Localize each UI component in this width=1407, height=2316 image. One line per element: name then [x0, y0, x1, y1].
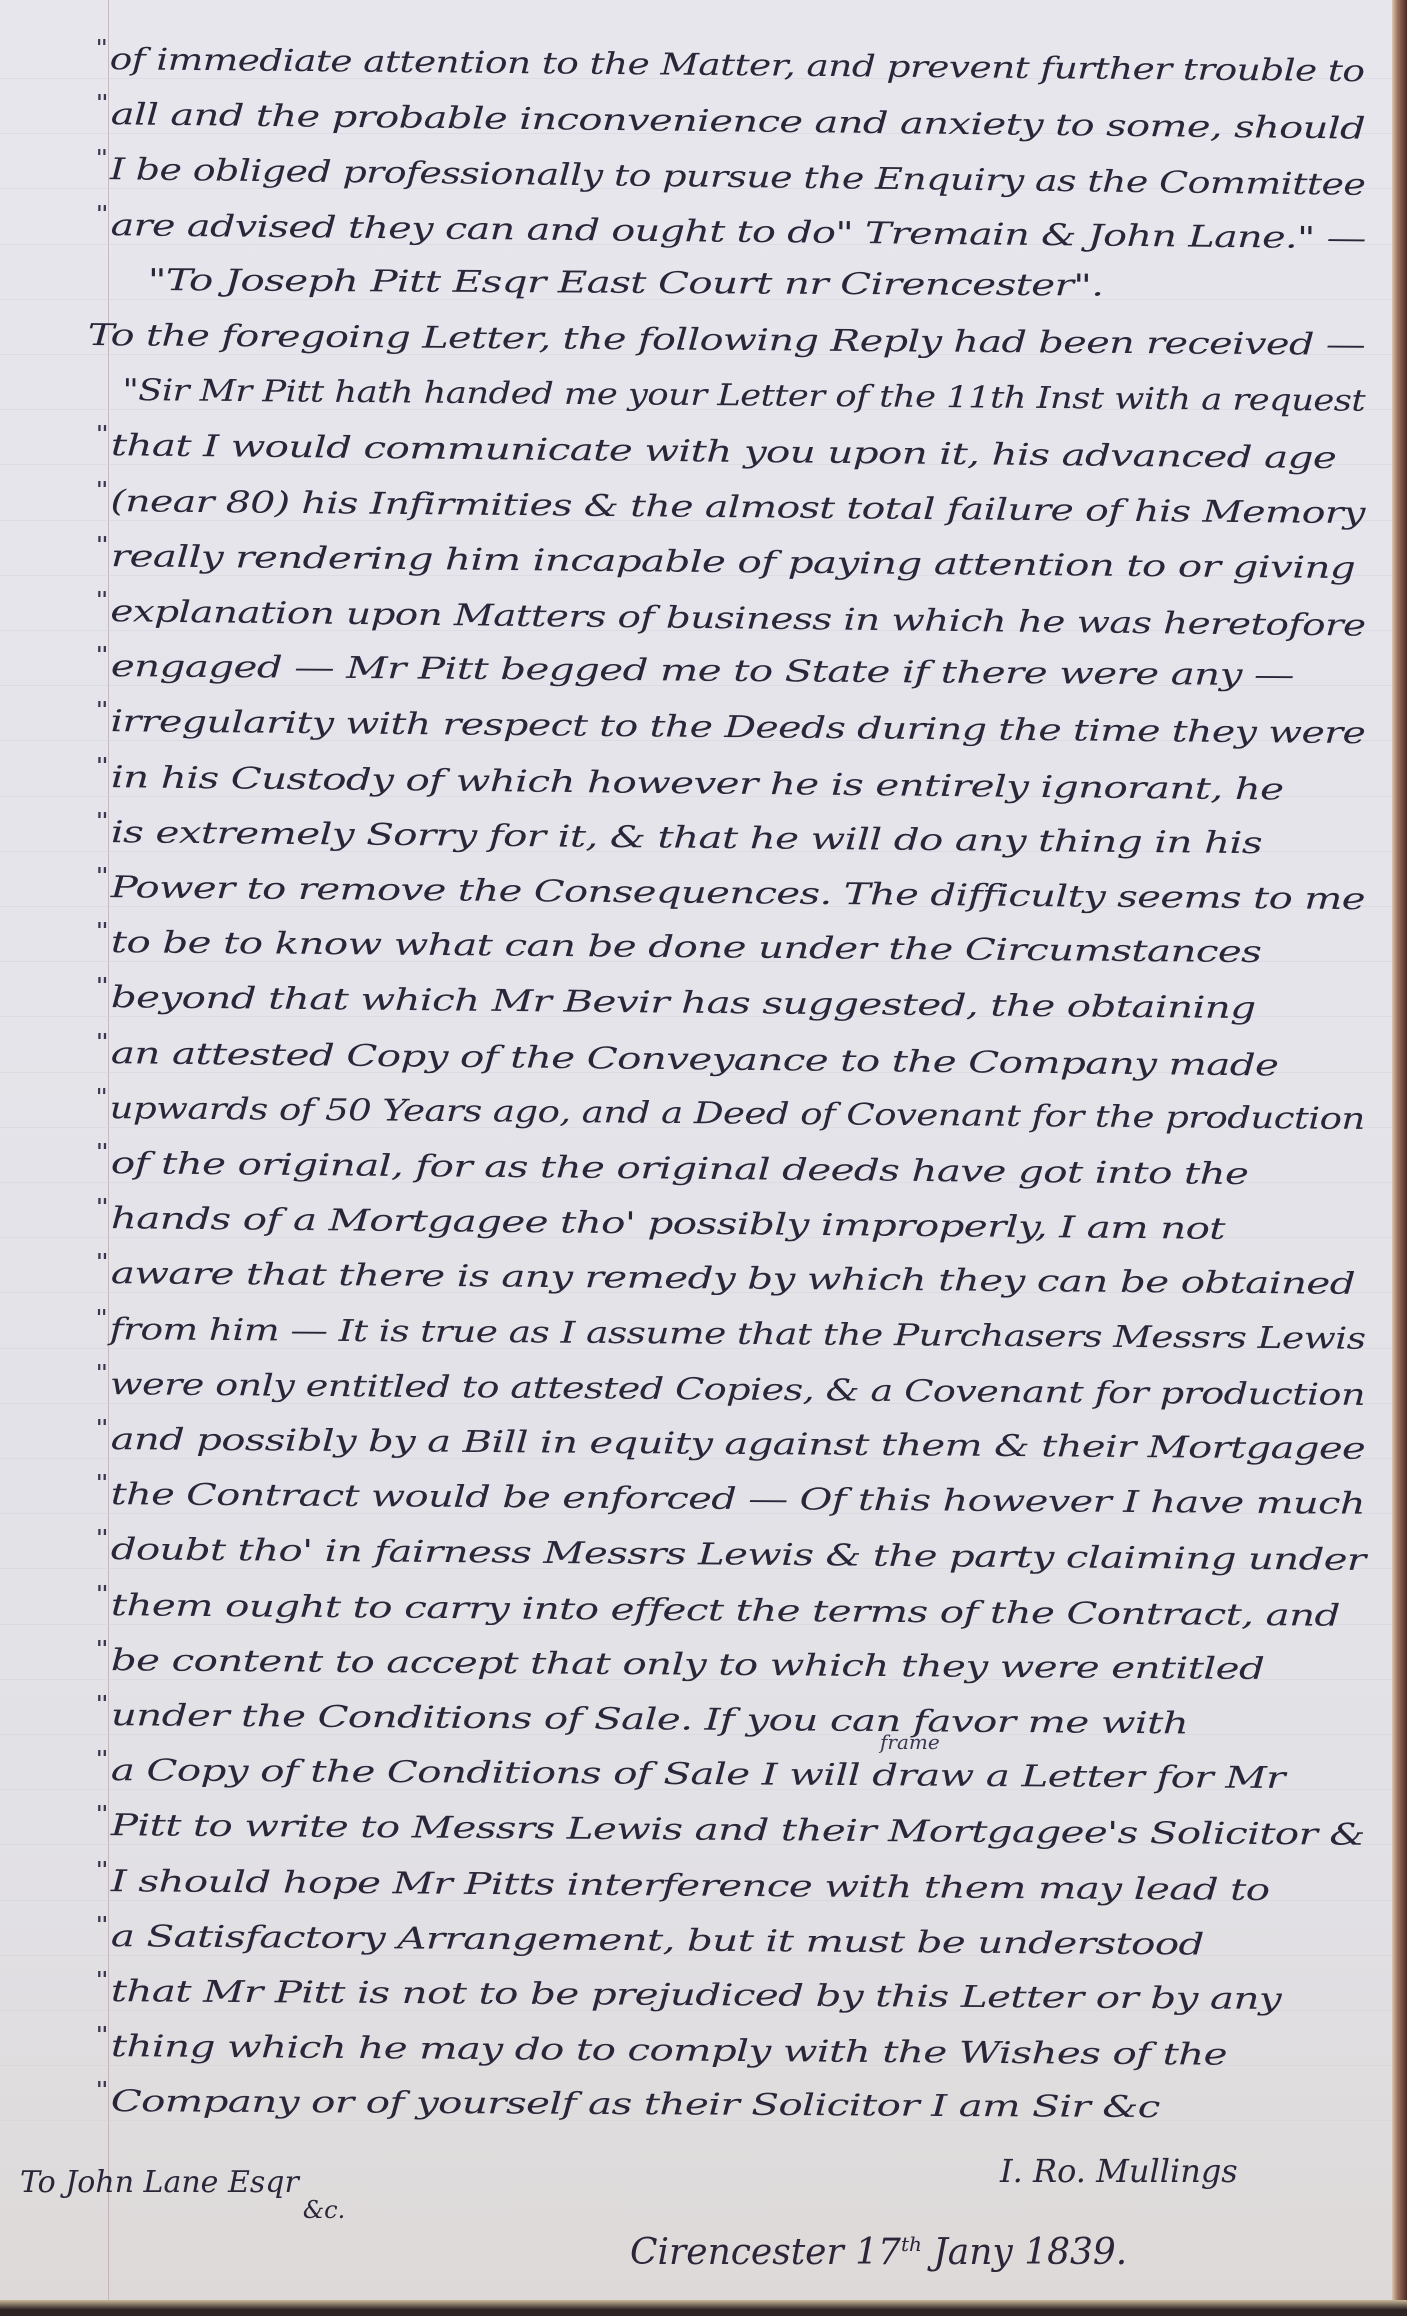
manuscript-line: "be content to accept that only to which…	[95, 1637, 1264, 1687]
date-day-suffix: th	[901, 2232, 922, 2256]
ditto-mark: "	[95, 1582, 108, 1607]
ditto-mark: "	[95, 36, 107, 61]
ditto-mark: "	[95, 1692, 108, 1717]
line-text: really rendering him incapable of paying…	[111, 539, 1356, 586]
ditto-mark: "	[95, 2023, 108, 2048]
ditto-mark: "	[95, 1361, 107, 1386]
manuscript-page: "of immediate attention to the Matter, a…	[0, 0, 1392, 2300]
manuscript-line: "I be obliged professionally to pursue t…	[95, 146, 1365, 203]
manuscript-line: To the foregoing Letter, the following R…	[85, 312, 1365, 363]
line-text: aware that there is any remedy by which …	[111, 1257, 1355, 1303]
line-text: I be obliged professionally to pursue th…	[110, 153, 1366, 204]
ditto-mark: "	[95, 809, 108, 834]
place-date: Cirencester 17th Jany 1839.	[630, 2232, 1127, 2273]
line-text: be content to accept that only to which …	[111, 1643, 1265, 1687]
ditto-mark: "	[95, 1306, 107, 1331]
manuscript-line: "hands of a Mortgagee tho' possibly impr…	[95, 1195, 1225, 1247]
line-text: were only entitled to attested Copies, &…	[110, 1367, 1365, 1413]
place: Cirencester	[630, 2232, 844, 2273]
line-text: upwards of 50 Years ago, and a Deed of C…	[109, 1091, 1364, 1137]
ditto-mark: "	[95, 91, 108, 116]
ditto-mark: "	[95, 1747, 108, 1772]
manuscript-line: "is extremely Sorry for it, & that he wi…	[95, 809, 1262, 861]
line-text: beyond that which Mr Bevir has suggested…	[111, 981, 1256, 1027]
page-bottom-edge	[0, 2300, 1407, 2316]
line-text: to be to know what can be done under the…	[111, 925, 1262, 970]
manuscript-line: "are advised they can and ought to do" T…	[95, 202, 1366, 256]
date-day: 17	[855, 2232, 901, 2273]
recipient-suffix: &c.	[303, 2196, 345, 2224]
ditto-mark: "	[95, 202, 108, 227]
manuscript-line: "from him — It is true as I assume that …	[95, 1306, 1366, 1357]
line-text: "Sir Mr Pitt hath handed me your Letter …	[122, 373, 1365, 419]
ditto-mark: "	[95, 588, 108, 613]
line-text: I should hope Mr Pitts interference with…	[111, 1864, 1270, 1908]
line-text: an attested Copy of the Conveyance to th…	[111, 1036, 1279, 1083]
manuscript-line: "Pitt to write to Messrs Lewis and their…	[95, 1802, 1365, 1853]
line-text: Pitt to write to Messrs Lewis and their …	[111, 1809, 1365, 1854]
ditto-mark: "	[95, 1802, 108, 1827]
ditto-mark: "	[95, 478, 108, 503]
manuscript-line: "beyond that which Mr Bevir has suggeste…	[95, 974, 1256, 1026]
ditto-mark: "	[95, 1030, 108, 1055]
manuscript-line: "a Satisfactory Arrangement, but it must…	[95, 1913, 1204, 1963]
ditto-mark: "	[95, 1416, 108, 1441]
manuscript-line: "To Joseph Pitt Esqr East Court nr Ciren…	[145, 257, 1103, 304]
manuscript-line: "them ought to carry into effect the ter…	[95, 1582, 1340, 1634]
line-text: To the foregoing Letter, the following R…	[88, 318, 1365, 363]
line-text: of the original, for as the original dee…	[111, 1146, 1249, 1192]
manuscript-line: "I should hope Mr Pitts interference wit…	[95, 1858, 1270, 1908]
line-text: the Contract would be enforced — Of this…	[111, 1477, 1366, 1522]
line-text: and possibly by a Bill in equity against…	[111, 1422, 1366, 1467]
ditto-mark: "	[95, 974, 108, 999]
line-text: are advised they can and ought to do" Tr…	[110, 208, 1365, 256]
manuscript-line: "the Contract would be enforced — Of thi…	[95, 1471, 1365, 1522]
ditto-mark: "	[95, 1858, 108, 1883]
line-text: from him — It is true as I assume that t…	[110, 1312, 1366, 1357]
line-text: irregularity with respect to the Deeds d…	[110, 705, 1365, 752]
manuscript-line: "an attested Copy of the Conveyance to t…	[95, 1030, 1279, 1083]
ditto-mark: "	[95, 2078, 108, 2103]
date-rest: Jany 1839.	[933, 2232, 1127, 2273]
manuscript-line: "doubt tho' in fairness Messrs Lewis & t…	[95, 1526, 1366, 1578]
book-spine	[1392, 0, 1407, 2316]
recipient-line: To John Lane Esqr&c.	[20, 2165, 341, 2200]
manuscript-line: "upwards of 50 Years ago, and a Deed of …	[95, 1085, 1365, 1137]
manuscript-line: "and possibly by a Bill in equity agains…	[95, 1416, 1365, 1467]
manuscript-line: "Power to remove the Consequences. The d…	[95, 864, 1365, 917]
manuscript-line: "irregularity with respect to the Deeds …	[95, 698, 1365, 751]
ditto-mark: "	[95, 864, 108, 889]
line-text: hands of a Mortgagee tho' possibly impro…	[111, 1201, 1225, 1247]
manuscript-line: "Company or of yourself as their Solicit…	[95, 2078, 1160, 2125]
ditto-mark: "	[95, 146, 108, 171]
manuscript-line: "to be to know what can be done under th…	[95, 919, 1261, 970]
line-text: (near 80) his Infirmities & the almost t…	[110, 484, 1365, 531]
ditto-mark: "	[95, 1968, 108, 1993]
line-text: Company or of yourself as their Solicito…	[111, 2084, 1160, 2125]
ditto-mark: "	[95, 533, 108, 558]
line-text: "To Joseph Pitt Esqr East Court nr Ciren…	[148, 263, 1104, 304]
manuscript-line: "aware that there is any remedy by which…	[95, 1250, 1355, 1302]
line-text: engaged — Mr Pitt begged me to State if …	[111, 649, 1294, 693]
ditto-mark: "	[95, 643, 108, 668]
line-text: them ought to carry into effect the term…	[111, 1588, 1340, 1634]
manuscript-line: "Sir Mr Pitt hath handed me your Letter …	[120, 367, 1365, 419]
signature: I. Ro. Mullings	[1000, 2152, 1238, 2190]
ditto-mark: "	[95, 1913, 108, 1938]
manuscript-line: "were only entitled to attested Copies, …	[95, 1361, 1365, 1413]
line-text: is extremely Sorry for it, & that he wil…	[111, 815, 1262, 861]
line-text: all and the probable inconvenience and a…	[111, 97, 1366, 146]
ditto-mark: "	[95, 698, 108, 723]
line-text: a Satisfactory Arrangement, but it must …	[111, 1919, 1204, 1962]
ditto-mark: "	[95, 1250, 108, 1275]
manuscript-line: "all and the probable inconvenience and …	[95, 91, 1365, 147]
ditto-mark: "	[95, 1140, 108, 1165]
manuscript-line: "a Copy of the Conditions of Sale I will…	[95, 1747, 1285, 1796]
line-text: Power to remove the Consequences. The di…	[111, 870, 1365, 917]
manuscript-line: "explanation upon Matters of business in…	[95, 588, 1366, 644]
ditto-mark: "	[95, 1637, 108, 1662]
ditto-mark: "	[95, 754, 108, 779]
manuscript-line: "of immediate attention to the Matter, a…	[95, 36, 1365, 89]
manuscript-line: "in his Custody of which however he is e…	[95, 754, 1284, 808]
manuscript-line: "under the Conditions of Sale. If you ca…	[95, 1692, 1188, 1741]
manuscript-line: "really rendering him incapable of payin…	[95, 533, 1355, 586]
recipient-name: To John Lane Esqr	[20, 2165, 299, 2200]
ditto-mark: "	[95, 1471, 108, 1496]
line-text: that I would communicate with you upon i…	[111, 429, 1337, 477]
interlinear-insertion: frame	[880, 1730, 940, 1754]
ditto-mark: "	[95, 1526, 108, 1551]
manuscript-line: "(near 80) his Infirmities & the almost …	[95, 478, 1365, 531]
line-text: explanation upon Matters of business in …	[110, 594, 1366, 643]
ditto-mark: "	[95, 919, 108, 944]
ditto-mark: "	[95, 1085, 107, 1110]
line-text: thing which he may do to comply with the…	[111, 2029, 1227, 2073]
line-text: of immediate attention to the Matter, an…	[110, 42, 1365, 89]
manuscript-line: "of the original, for as the original de…	[95, 1140, 1248, 1192]
manuscript-line: "that Mr Pitt is not to be prejudiced by…	[95, 1968, 1281, 2017]
line-text: doubt tho' in fairness Messrs Lewis & th…	[111, 1533, 1366, 1579]
ditto-mark: "	[95, 1195, 108, 1220]
manuscript-line: "that I would communicate with you upon …	[95, 422, 1336, 476]
line-text: in his Custody of which however he is en…	[111, 760, 1284, 807]
ditto-mark: "	[95, 422, 108, 447]
